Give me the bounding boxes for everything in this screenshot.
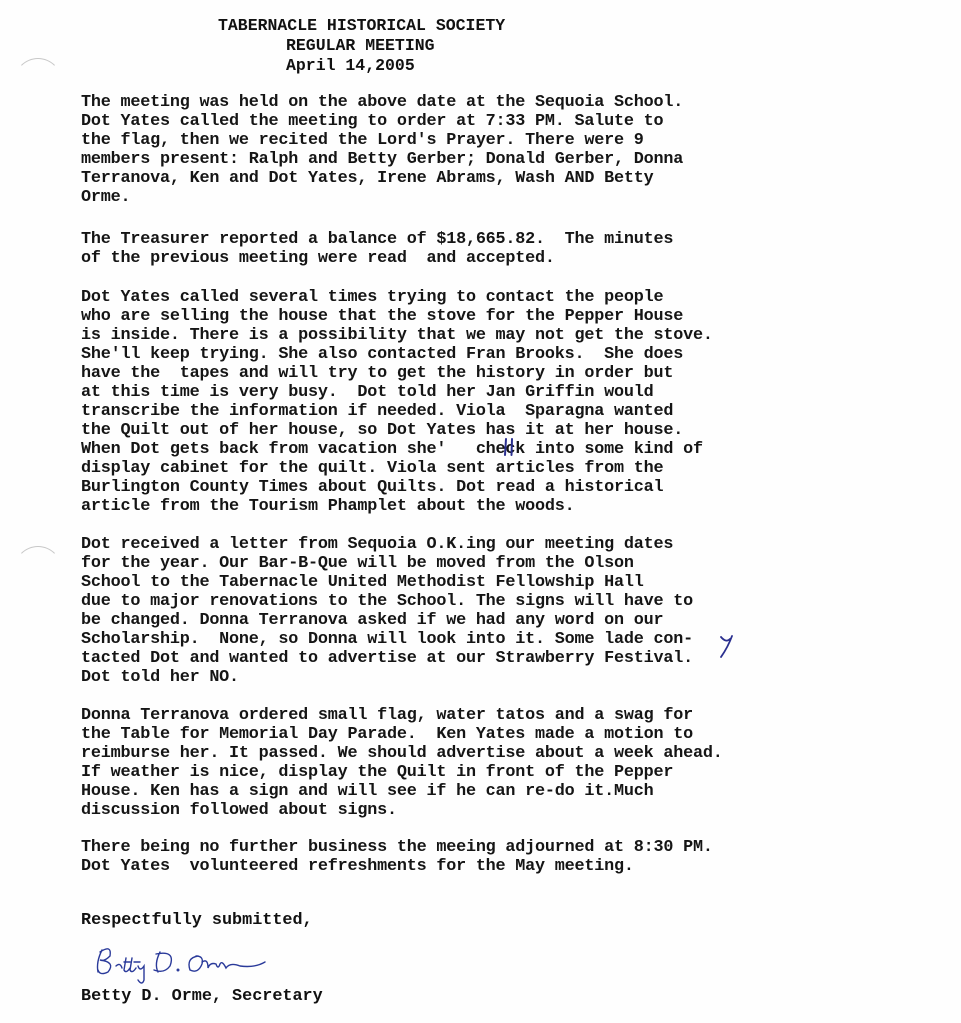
text-line: The meeting was held on the above date a… — [81, 93, 683, 112]
text-line: reimburse her. It passed. We should adve… — [81, 744, 723, 763]
text-line: display cabinet for the quilt. Viola sen… — [81, 459, 713, 478]
text-line: have the tapes and will try to get the h… — [81, 364, 713, 383]
paragraph-adjournment: There being no further business the meei… — [81, 838, 713, 876]
text-line: If weather is nice, display the Quilt in… — [81, 763, 723, 782]
closing-text: Respectfully submitted, — [81, 911, 313, 930]
text-line: the flag, then we recited the Lord's Pra… — [81, 131, 683, 150]
text-line: Orme. — [81, 188, 683, 207]
text-line: Dot received a letter from Sequoia O.K.i… — [81, 535, 693, 554]
text-line: the Quilt out of her house, so Dot Yates… — [81, 421, 713, 440]
text-line: due to major renovations to the School. … — [81, 592, 693, 611]
text-line: who are selling the house that the stove… — [81, 307, 713, 326]
text-line: members present: Ralph and Betty Gerber;… — [81, 150, 683, 169]
organization-title: TABERNACLE HISTORICAL SOCIETY — [218, 16, 961, 36]
handwritten-y-correction — [718, 633, 736, 659]
text-line: Dot told her NO. — [81, 668, 693, 687]
text-line: at this time is very busy. Dot told her … — [81, 383, 713, 402]
text-line: House. Ken has a sign and will see if he… — [81, 782, 723, 801]
text-line: Dot Yates called the meeting to order at… — [81, 112, 683, 131]
meeting-date: April 14,2005 — [286, 56, 961, 76]
handwritten-signature — [90, 940, 280, 990]
handwritten-ll-correction — [502, 437, 518, 457]
text-line: Donna Terranova ordered small flag, wate… — [81, 706, 723, 725]
signer-name-title: Betty D. Orme, Secretary — [81, 987, 323, 1006]
text-line: When Dot gets back from vacation she' ch… — [81, 440, 713, 459]
paragraph-treasurer: The Treasurer reported a balance of $18,… — [81, 230, 673, 268]
paragraph-attendance: The meeting was held on the above date a… — [81, 93, 683, 207]
paragraph-stove-quilt: Dot Yates called several times trying to… — [81, 288, 713, 516]
text-line: for the year. Our Bar-B-Que will be move… — [81, 554, 693, 573]
text-line: She'll keep trying. She also contacted F… — [81, 345, 713, 364]
text-line: transcribe the information if needed. Vi… — [81, 402, 713, 421]
punch-hole-mark — [14, 546, 62, 594]
text-line: Terranova, Ken and Dot Yates, Irene Abra… — [81, 169, 683, 188]
text-line: article from the Tourism Phamplet about … — [81, 497, 713, 516]
text-line: There being no further business the meei… — [81, 838, 713, 857]
paragraph-memorial-day: Donna Terranova ordered small flag, wate… — [81, 706, 723, 820]
paragraph-sequoia-letter: Dot received a letter from Sequoia O.K.i… — [81, 535, 693, 687]
text-line: The Treasurer reported a balance of $18,… — [81, 230, 673, 249]
text-line: be changed. Donna Terranova asked if we … — [81, 611, 693, 630]
text-line: Burlington County Times about Quilts. Do… — [81, 478, 713, 497]
text-line: Dot Yates called several times trying to… — [81, 288, 713, 307]
text-line: discussion followed about signs. — [81, 801, 723, 820]
meeting-type: REGULAR MEETING — [286, 36, 961, 56]
document-header: TABERNACLE HISTORICAL SOCIETY REGULAR ME… — [0, 16, 961, 76]
text-line: Dot Yates volunteered refreshments for t… — [81, 857, 713, 876]
scanned-document-page: TABERNACLE HISTORICAL SOCIETY REGULAR ME… — [0, 0, 961, 1023]
text-line: of the previous meeting were read and ac… — [81, 249, 673, 268]
text-line: is inside. There is a possibility that w… — [81, 326, 713, 345]
text-line: tacted Dot and wanted to advertise at ou… — [81, 649, 693, 668]
text-line: Scholarship. None, so Donna will look in… — [81, 630, 693, 649]
text-line: the Table for Memorial Day Parade. Ken Y… — [81, 725, 723, 744]
text-line: School to the Tabernacle United Methodis… — [81, 573, 693, 592]
